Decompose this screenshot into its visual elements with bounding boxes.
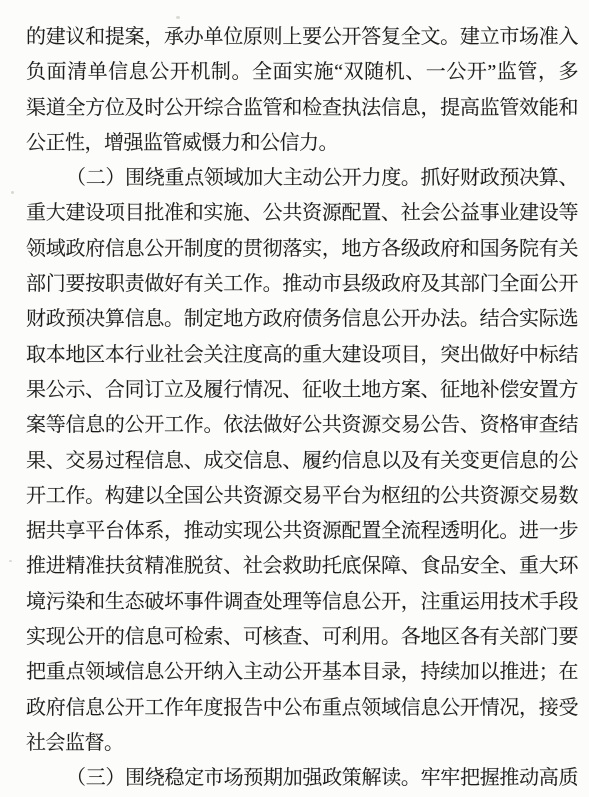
text-line: 的建议和提案，承办单位原则上要公开答复全文。建立市场准入: [26, 20, 578, 55]
text-line: （二）围绕重点领域加大主动公开力度。抓好财政预决算、: [26, 161, 578, 196]
text-line: 案等信息的公开工作。依法做好公共资源交易公告、资格审查结: [26, 408, 578, 443]
text-line: 政府信息公开工作年度报告中公布重点领域信息公开情况，接受: [26, 691, 578, 726]
text-line: 境污染和生态破坏事件调查处理等信息公开，注重运用技术手段: [26, 585, 578, 620]
text-line: 渠道全方位及时公开综合监管和检查执法信息，提高监管效能和: [26, 91, 578, 126]
scan-speck: [176, 16, 180, 19]
text-line: 推进精准扶贫精准脱贫、社会救助托底保障、食品安全、重大环: [26, 549, 578, 584]
scan-speck: [9, 560, 12, 562]
paragraph: 的建议和提案，承办单位原则上要公开答复全文。建立市场准入负面清单信息公开机制。全…: [26, 20, 578, 161]
text-line: 领域政府信息公开制度的贯彻落实，地方各级政府和国务院有关: [26, 232, 578, 267]
paragraph: （三）围绕稳定市场预期加强政策解读。牢牢把握推动高质: [26, 761, 578, 796]
text-line: 据共享平台体系，推动实现公共资源配置全流程透明化。进一步: [26, 514, 578, 549]
text-line: 实现公开的信息可检索、可核查、可利用。各地区各有关部门要: [26, 620, 578, 655]
text-line: 取本地区本行业社会关注度高的重大建设项目，突出做好中标结: [26, 338, 578, 373]
text-line: 果、交易过程信息、成交信息、履约信息以及有关变更信息的公: [26, 444, 578, 479]
text-line: 开工作。构建以全国公共资源交易平台为枢纽的公共资源交易数: [26, 479, 578, 514]
text-line: 部门要按职责做好有关工作。推动市县级政府及其部门全面公开: [26, 267, 578, 302]
document-body: 的建议和提案，承办单位原则上要公开答复全文。建立市场准入负面清单信息公开机制。全…: [26, 20, 578, 797]
text-line: 财政预决算信息。制定地方政府债务信息公开办法。结合实际选: [26, 302, 578, 337]
scan-speck: [11, 191, 14, 194]
text-line: （三）围绕稳定市场预期加强政策解读。牢牢把握推动高质: [26, 761, 578, 796]
scanned-document-page: 的建议和提案，承办单位原则上要公开答复全文。建立市场准入负面清单信息公开机制。全…: [0, 0, 589, 797]
text-line: 果公示、合同订立及履行情况、征收土地方案、征地补偿安置方: [26, 373, 578, 408]
paragraph: （二）围绕重点领域加大主动公开力度。抓好财政预决算、重大建设项目批准和实施、公共…: [26, 161, 578, 761]
text-line: 把重点领域信息公开纳入主动公开基本目录，持续加以推进；在: [26, 655, 578, 690]
text-line: 负面清单信息公开机制。全面实施“双随机、一公开”监管，多: [26, 55, 578, 90]
text-line: 社会监督。: [26, 726, 578, 761]
text-line: 公正性，增强监管威慑力和公信力。: [26, 126, 578, 161]
text-line: 重大建设项目批准和实施、公共资源配置、社会公益事业建设等: [26, 196, 578, 231]
